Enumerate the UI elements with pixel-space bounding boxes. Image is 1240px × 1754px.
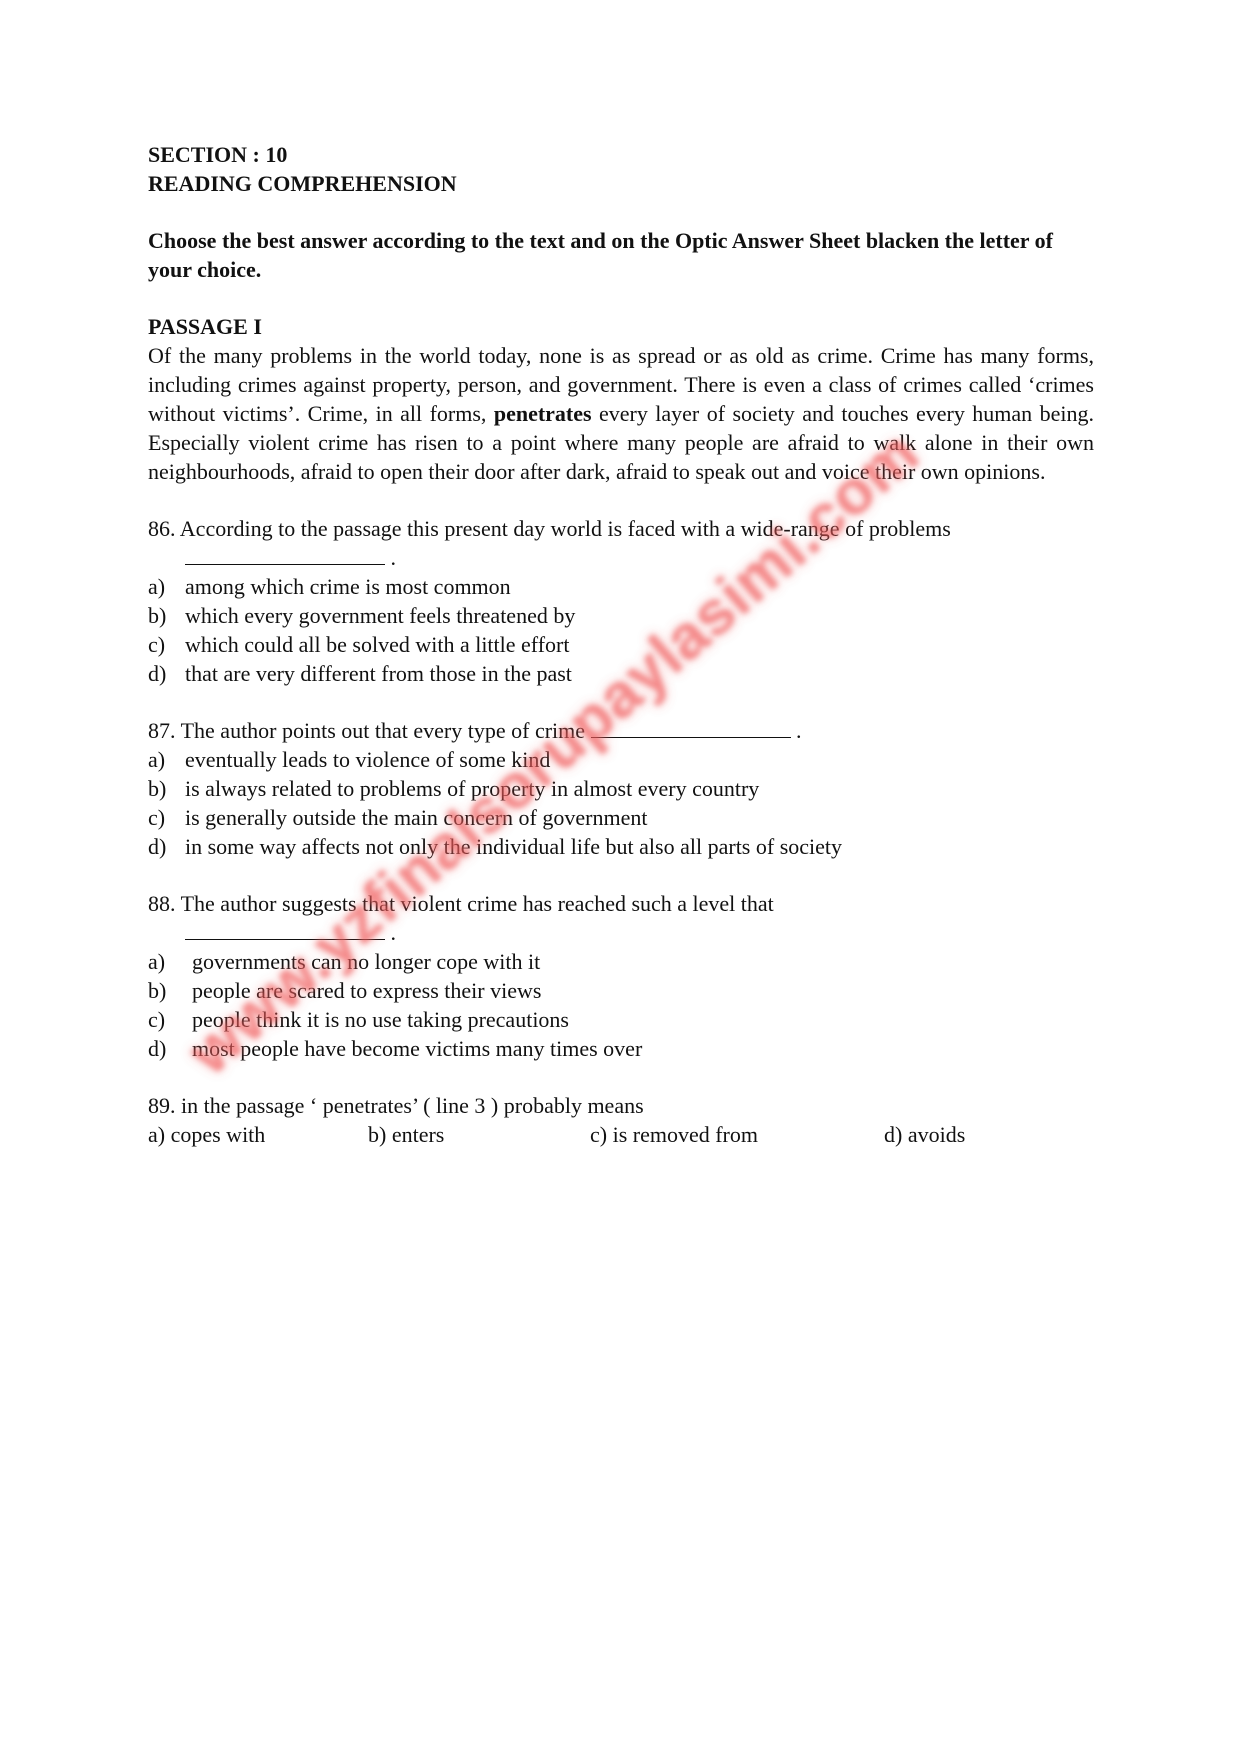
exam-page: SECTION : 10 READING COMPREHENSION Choos…: [148, 140, 1094, 1149]
passage-text: Of the many problems in the world today,…: [148, 341, 1094, 486]
option[interactable]: a)governments can no longer cope with it: [148, 947, 1094, 976]
question-87: 87. The author points out that every typ…: [148, 716, 1094, 861]
option[interactable]: d)that are very different from those in …: [148, 659, 1094, 688]
option[interactable]: a)among which crime is most common: [148, 572, 1094, 601]
option[interactable]: a)eventually leads to violence of some k…: [148, 745, 1094, 774]
option[interactable]: b)people are scared to express their vie…: [148, 976, 1094, 1005]
option-row: a) copes with b) enters c) is removed fr…: [148, 1120, 1094, 1149]
option[interactable]: c)which could all be solved with a littl…: [148, 630, 1094, 659]
question-stem: 89. in the passage ‘ penetrates’ ( line …: [148, 1091, 1094, 1120]
passage-bold-word: penetrates: [494, 401, 592, 426]
instructions: Choose the best answer according to the …: [148, 226, 1094, 284]
question-89: 89. in the passage ‘ penetrates’ ( line …: [148, 1091, 1094, 1149]
passage-title: PASSAGE I: [148, 312, 1094, 341]
section-title: READING COMPREHENSION: [148, 169, 1094, 198]
question-stem: 88. The author suggests that violent cri…: [148, 889, 1094, 918]
option[interactable]: b)which every government feels threatene…: [148, 601, 1094, 630]
option[interactable]: c)is generally outside the main concern …: [148, 803, 1094, 832]
question-stem: 86. According to the passage this presen…: [148, 514, 1094, 543]
option[interactable]: d)in some way affects not only the indiv…: [148, 832, 1094, 861]
answer-blank: .: [148, 543, 1094, 572]
question-86: 86. According to the passage this presen…: [148, 514, 1094, 688]
option[interactable]: b)is always related to problems of prope…: [148, 774, 1094, 803]
question-stem: 87. The author points out that every typ…: [148, 716, 1094, 745]
option[interactable]: c) is removed from: [590, 1120, 884, 1149]
answer-blank: [591, 717, 791, 738]
answer-blank: .: [148, 918, 1094, 947]
question-88: 88. The author suggests that violent cri…: [148, 889, 1094, 1063]
option[interactable]: b) enters: [368, 1120, 590, 1149]
option[interactable]: a) copes with: [148, 1120, 368, 1149]
option[interactable]: d)most people have become victims many t…: [148, 1034, 1094, 1063]
option[interactable]: d) avoids: [884, 1120, 965, 1149]
option[interactable]: c)people think it is no use taking preca…: [148, 1005, 1094, 1034]
section-number: SECTION : 10: [148, 140, 1094, 169]
